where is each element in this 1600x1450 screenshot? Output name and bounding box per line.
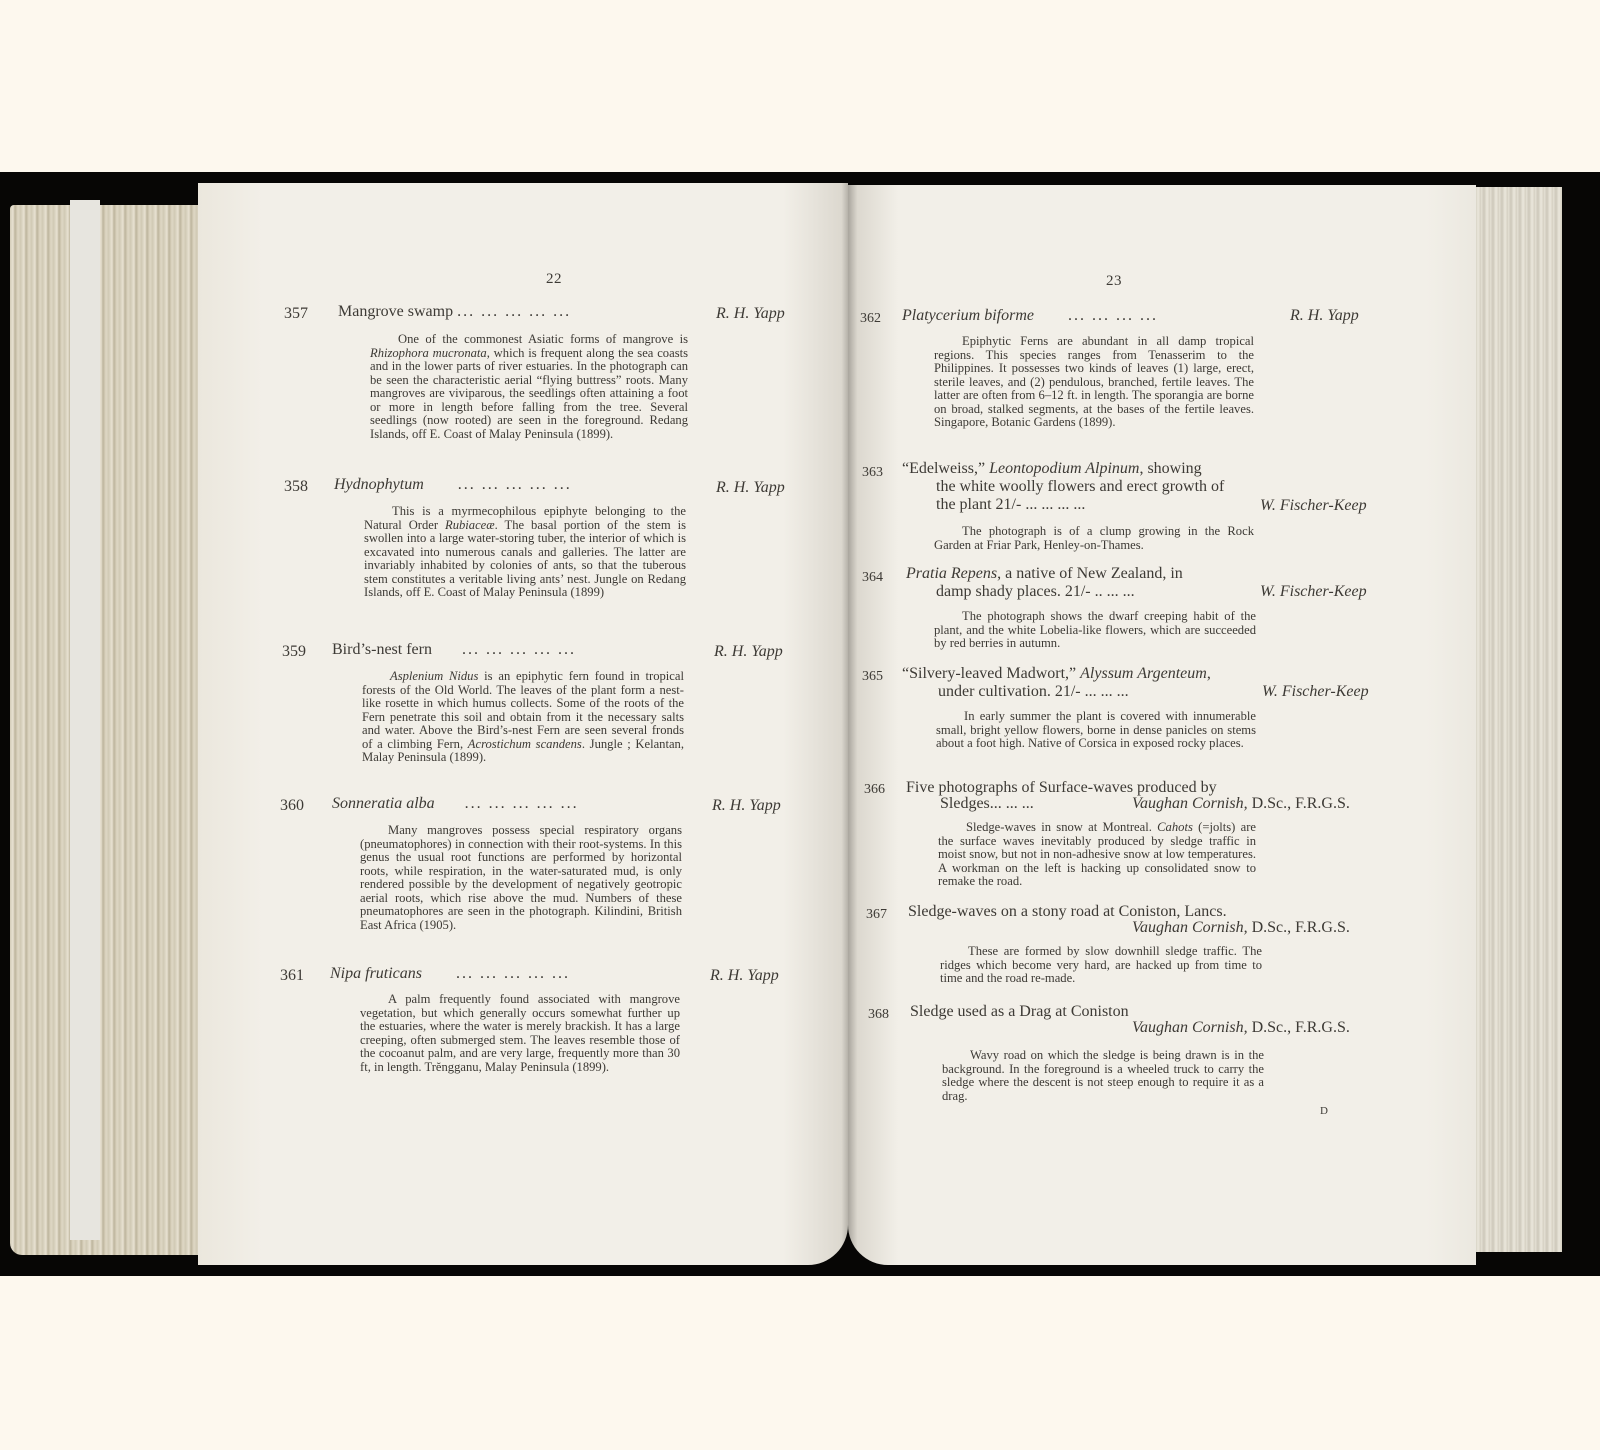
page-number: 22 xyxy=(546,271,562,288)
entry-number: 361 xyxy=(280,967,304,985)
entry-author: W. Fischer-Keep xyxy=(1262,683,1369,701)
entry-author: R. H. Yapp xyxy=(710,967,779,985)
entry-author: Vaughan Cornish, D.Sc., F.R.G.S. xyxy=(1132,919,1350,937)
entry-title-line1: Sledge used as a Drag at Coniston xyxy=(910,1003,1129,1021)
entry-number: 366 xyxy=(864,782,885,798)
entry-number: 360 xyxy=(280,797,304,815)
entry-title: Mangrove swamp ... ... ... ... ... xyxy=(338,303,571,321)
left-page: 22 357 Mangrove swamp ... ... ... ... ..… xyxy=(198,183,848,1265)
entry-description: In early summer the plant is covered wit… xyxy=(936,710,1256,751)
entry-number: 362 xyxy=(860,311,881,327)
left-page-edges xyxy=(10,205,205,1255)
entry-title-line1: “Silvery-leaved Madwort,” Alyssum Argent… xyxy=(902,665,1211,683)
entry-title: Bird’s-nest fern ... ... ... ... ... xyxy=(332,641,576,659)
entry-author: Vaughan Cornish, D.Sc., F.R.G.S. xyxy=(1132,1019,1350,1037)
entry-description: This is a myrmecophilous epiphyte belong… xyxy=(364,505,686,600)
entry-author: R. H. Yapp xyxy=(716,305,785,323)
entry-title: Sonneratia alba ... ... ... ... ... xyxy=(332,795,579,813)
entry-description: The photograph shows the dwarf creeping … xyxy=(934,610,1256,651)
entry-number: 368 xyxy=(868,1007,889,1023)
entry-number: 363 xyxy=(862,465,883,481)
page-number: 23 xyxy=(1106,273,1122,290)
entry-author: R. H. Yapp xyxy=(714,643,783,661)
entry-description: A palm frequently found associated with … xyxy=(360,993,680,1074)
entry-description: Asplenium Nidus is an epiphytic fern fou… xyxy=(362,670,684,765)
entry-title: Nipa fruticans ... ... ... ... ... xyxy=(330,965,570,983)
entry-title-line3: the plant 21/- ... ... ... ... xyxy=(936,496,1085,514)
entry-description: Many mangroves possess special respirato… xyxy=(360,824,682,932)
entry-number: 365 xyxy=(862,669,883,685)
right-page: 23 362 Platycerium biforme ... ... ... .… xyxy=(848,185,1476,1265)
entry-title: Platycerium biforme ... ... ... ... xyxy=(902,307,1158,325)
entry-title-line2: Sledges... ... ... xyxy=(940,795,1034,813)
entry-number: 367 xyxy=(866,907,887,923)
entry-title: Hydnophytum ... ... ... ... ... xyxy=(334,476,572,494)
entry-number: 364 xyxy=(862,570,883,586)
entry-description: Wavy road on which the sledge is being d… xyxy=(942,1049,1264,1103)
entry-description: Epiphytic Ferns are abundant in all damp… xyxy=(934,335,1254,430)
entry-description: These are formed by slow downhill sledge… xyxy=(940,945,1262,986)
entry-number: 359 xyxy=(282,643,306,661)
signature-mark: D xyxy=(1320,1105,1328,1117)
entry-author: R. H. Yapp xyxy=(716,479,785,497)
right-cover-flap xyxy=(1472,187,1562,1252)
entry-title-line1: “Edelweiss,” Leontopodium Alpinum, showi… xyxy=(902,460,1202,478)
entry-title-line2: under cultivation. 21/- ... ... ... xyxy=(938,683,1129,701)
entry-author: R. H. Yapp xyxy=(712,797,781,815)
entry-title-line2: damp shady places. 21/- .. ... ... xyxy=(936,583,1135,601)
entry-number: 358 xyxy=(284,478,308,496)
entry-number: 357 xyxy=(284,305,308,323)
entry-description: One of the commonest Asiatic forms of ma… xyxy=(370,333,688,441)
entry-author: W. Fischer-Keep xyxy=(1260,583,1367,601)
entry-description: Sledge-waves in snow at Montreal. Cahots… xyxy=(938,821,1256,889)
entry-title-line2: the white woolly flowers and erect growt… xyxy=(936,478,1224,496)
entry-author: R. H. Yapp xyxy=(1290,307,1359,325)
entry-author: W. Fischer-Keep xyxy=(1260,497,1367,515)
entry-title-line1: Pratia Repens, a native of New Zealand, … xyxy=(906,565,1183,583)
entry-author: Vaughan Cornish, D.Sc., F.R.G.S. xyxy=(1132,795,1350,813)
entry-description: The photograph is of a clump growing in … xyxy=(934,525,1254,552)
